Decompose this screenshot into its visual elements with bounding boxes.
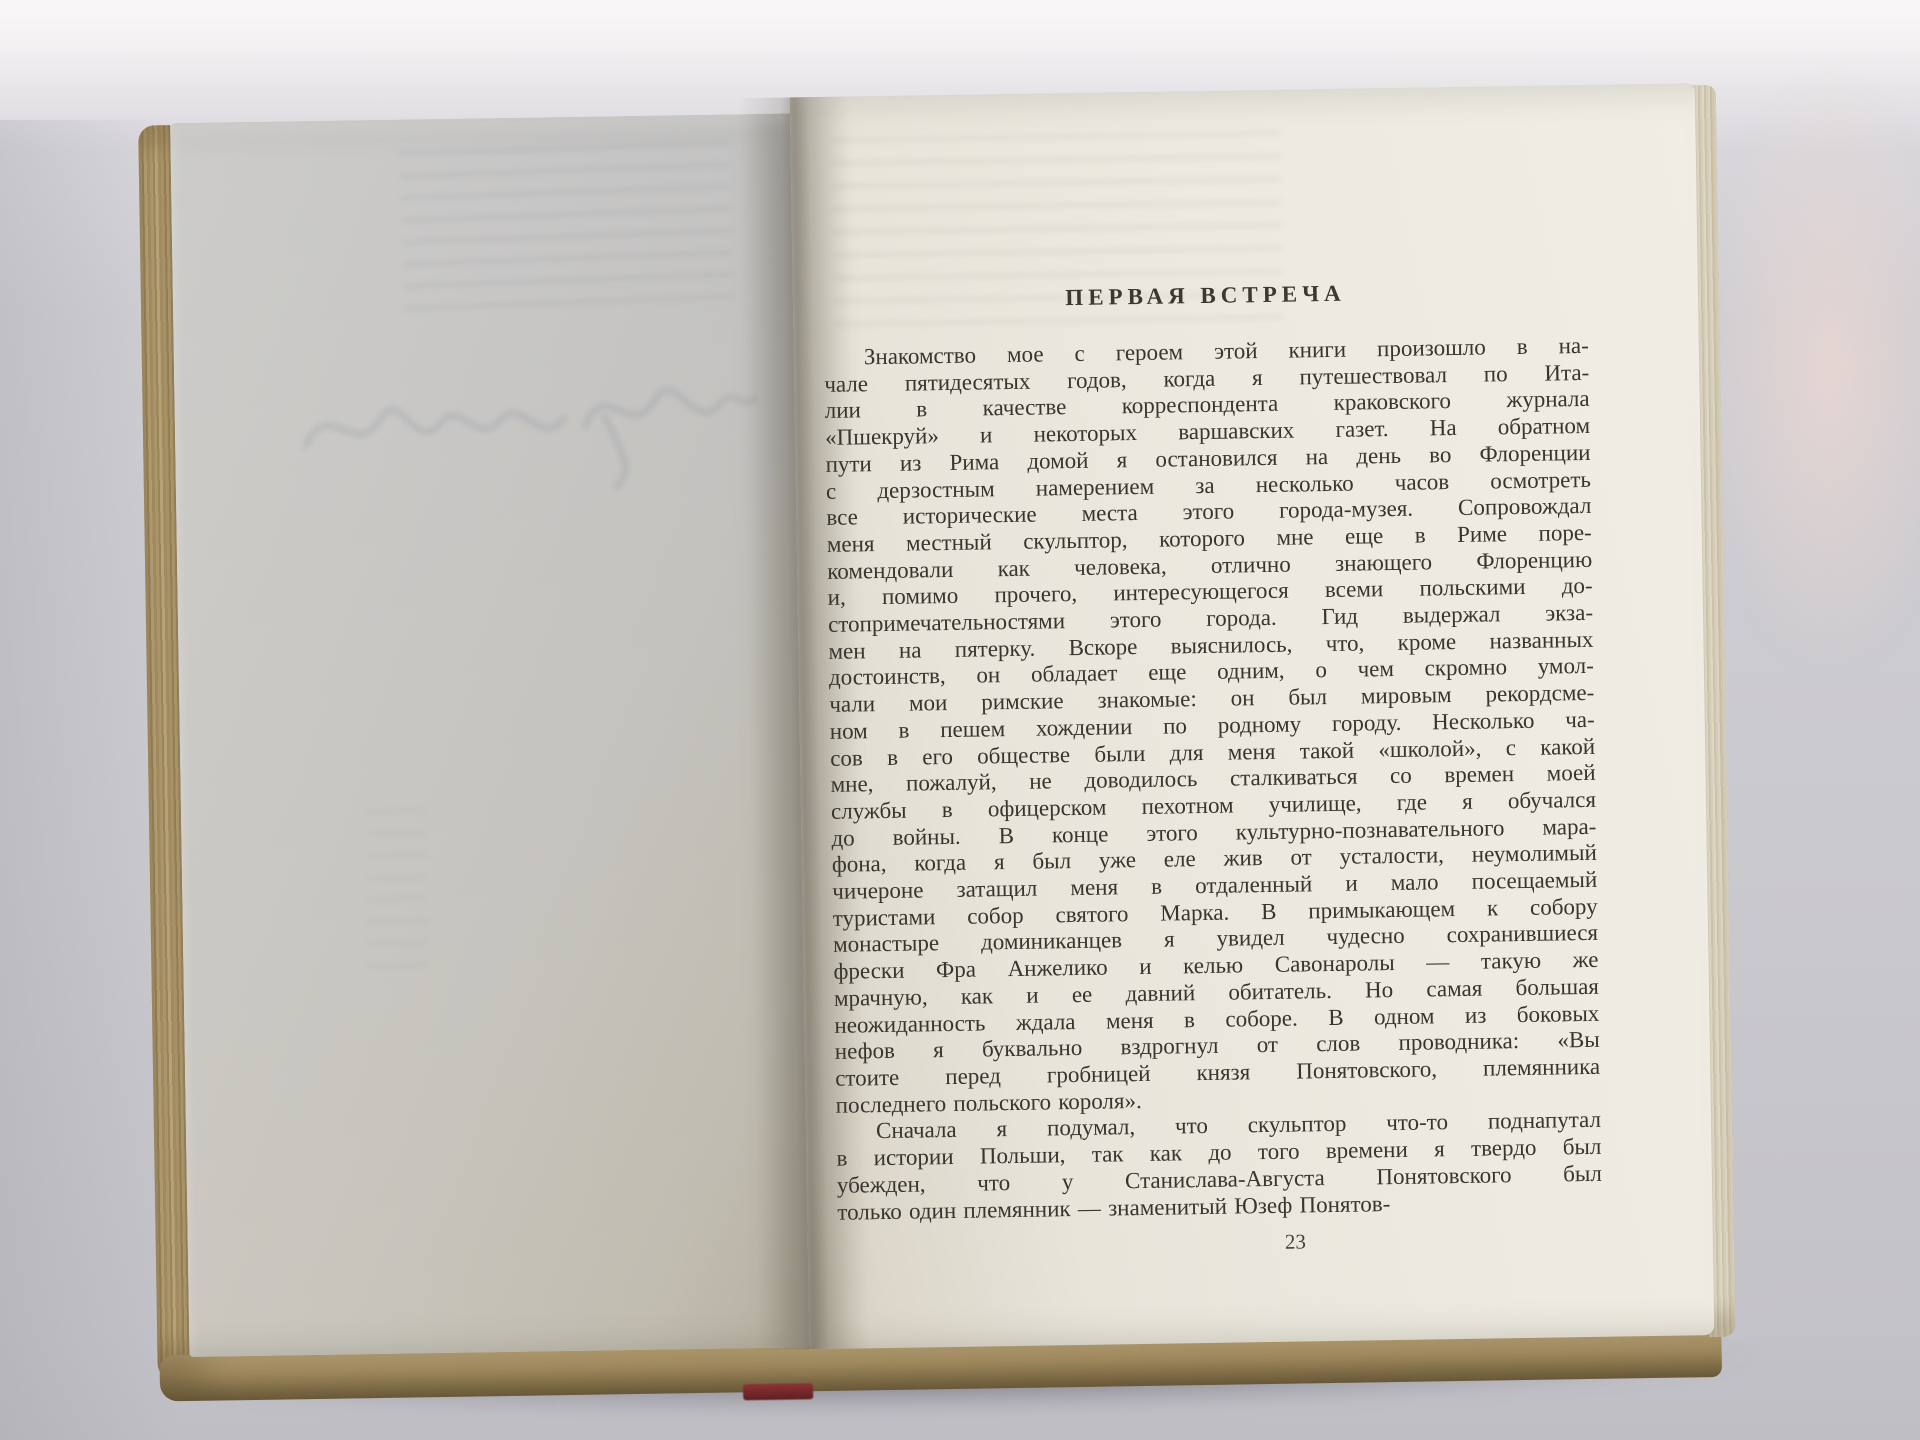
paragraph: Сначала я подумал, что скульптор что-то …	[836, 1107, 1603, 1226]
paragraph: Знакомство мое с героем этой книги произ…	[824, 333, 1601, 1119]
open-book: ПЕРВАЯ ВСТРЕЧА Знакомство мое с героем э…	[138, 83, 1758, 1408]
bleed-through-inscription	[283, 319, 766, 517]
page-number: 23	[838, 1225, 1603, 1262]
chapter-heading: ПЕРВАЯ ВСТРЕЧА	[823, 277, 1588, 315]
red-cover-sliver	[743, 1383, 813, 1400]
body-text: Знакомство мое с героем этой книги произ…	[824, 333, 1603, 1226]
bleed-through-text-block	[399, 141, 735, 328]
left-page-blank	[170, 113, 809, 1357]
bleed-through-marks	[366, 809, 429, 980]
right-page: ПЕРВАЯ ВСТРЕЧА Знакомство мое с героем э…	[790, 83, 1715, 1349]
